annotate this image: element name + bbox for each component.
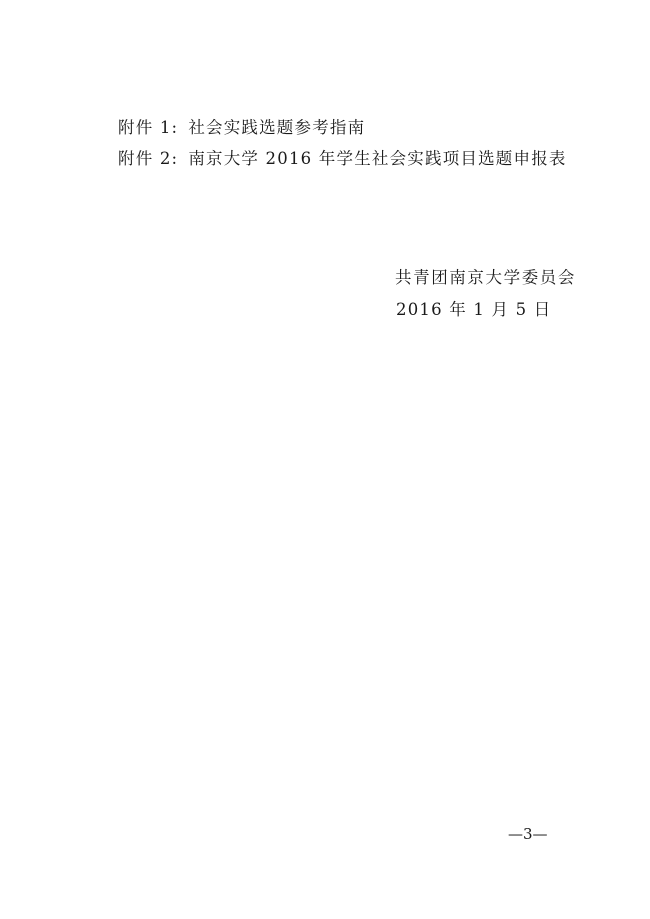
attachment-1-label: 附件 1: [118, 118, 178, 137]
attachment-2: 附件 2:南京大学 2016 年学生社会实践项目选题申报表 [118, 149, 567, 169]
attachment-1: 附件 1:社会实践选题参考指南 [118, 118, 365, 138]
signature-date: 2016 年 1 月 5 日 [396, 300, 552, 320]
signature-organization: 共青团南京大学委员会 [395, 268, 576, 288]
page-number: —3— [508, 824, 548, 844]
attachment-1-title: 社会实践选题参考指南 [188, 118, 365, 137]
attachment-2-title: 南京大学 2016 年学生社会实践项目选题申报表 [188, 149, 566, 168]
attachment-2-label: 附件 2: [118, 149, 178, 168]
